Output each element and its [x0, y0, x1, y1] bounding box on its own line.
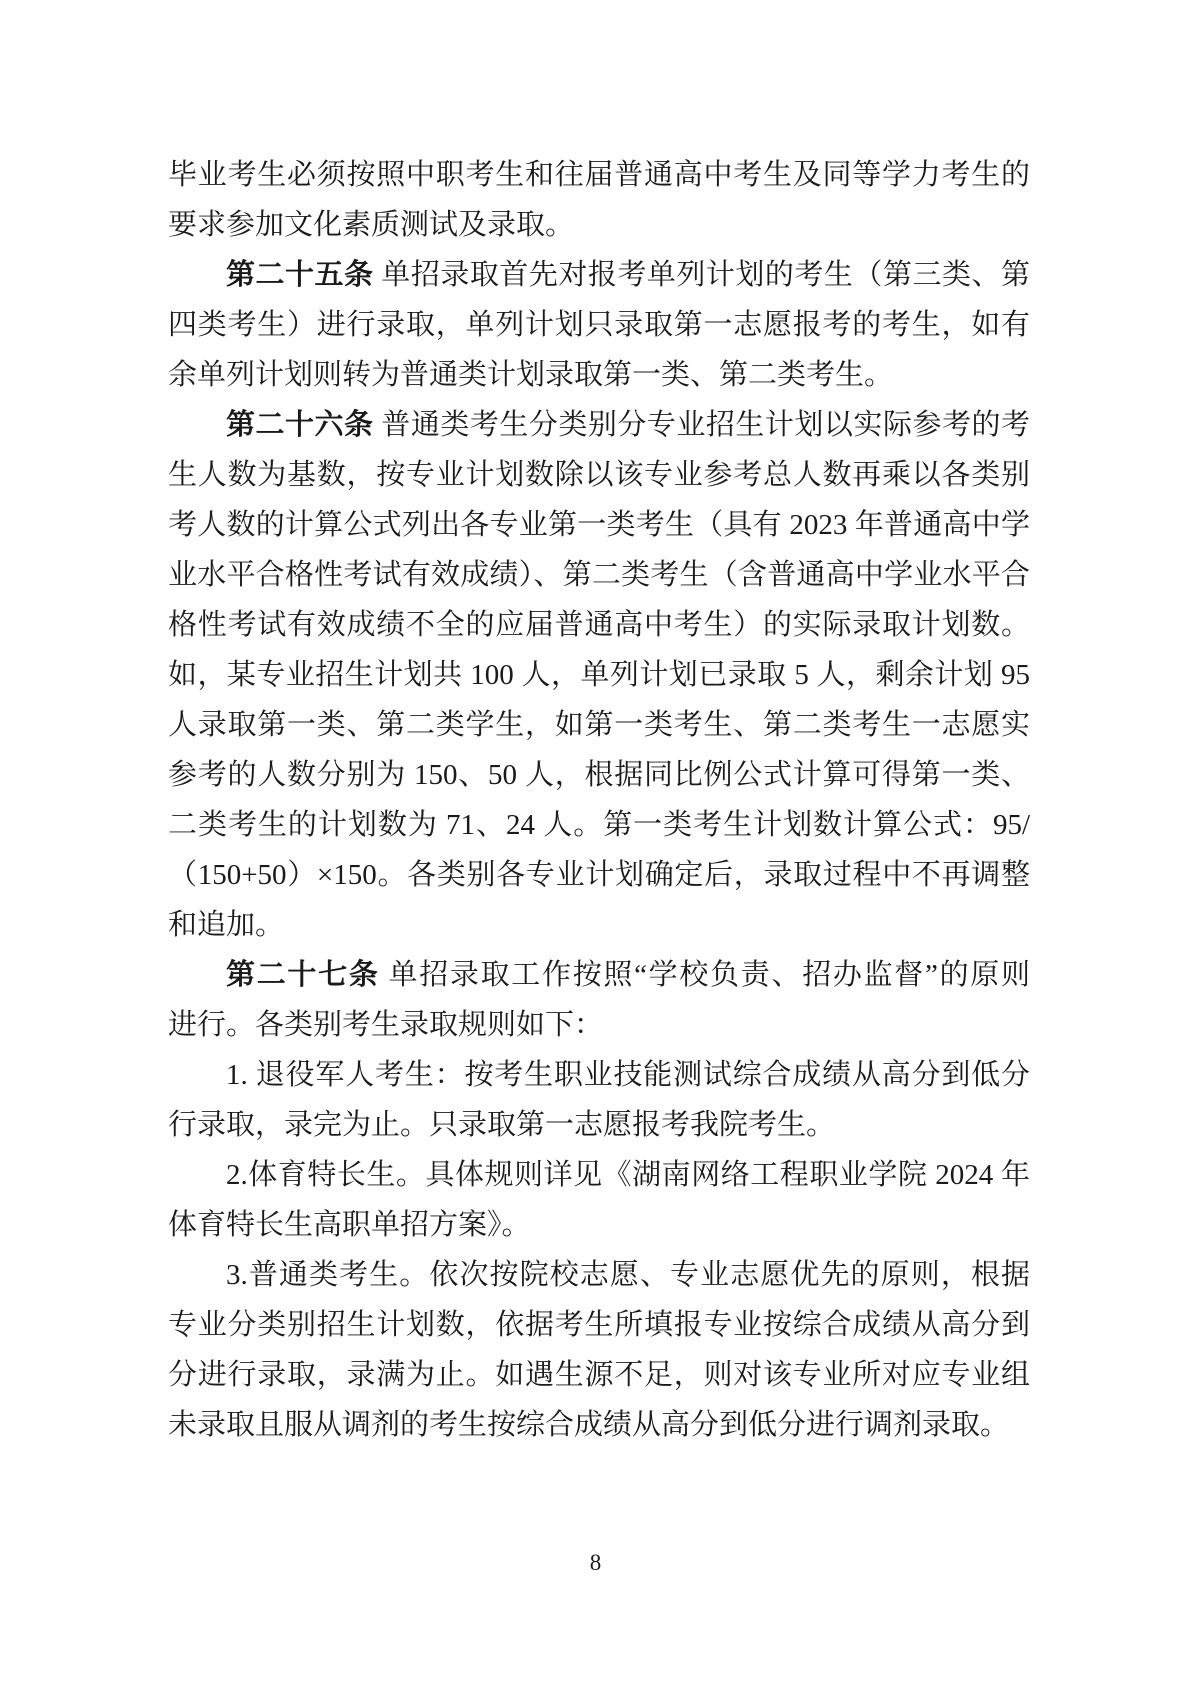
text-line: 业水平合格性考试有效成绩）、第二类考生（含普通高中学业水平合 — [168, 550, 1030, 600]
text-line: 生人数为基数，按专业计划数除以该专业参考总人数再乘以各类别参 — [168, 450, 1030, 500]
text-line: 参考的人数分别为 150、50 人，根据同比例公式计算可得第一类、第 — [168, 750, 1030, 800]
text-line: 和追加。 — [168, 900, 1030, 950]
text-segment: 进行。各类别考生录取规则如下： — [168, 1009, 603, 1041]
text-line: （150+50）×150。各类别各专业计划确定后，录取过程中不再调整 — [168, 850, 1030, 900]
text-segment: 普通类考生分类别分专业招生计划以实际参考的考 — [374, 409, 1030, 441]
text-segment: 二类考生的计划数为 71、24 人。第一类考生计划数计算公式：95/ — [168, 809, 1030, 841]
text-line: 行录取，录完为止。只录取第一志愿报考我院考生。 — [168, 1100, 1030, 1150]
text-line: 考人数的计算公式列出各专业第一类考生（具有 2023 年普通高中学 — [168, 500, 1030, 550]
text-line: 余单列计划则转为普通类计划录取第一类、第二类考生。 — [168, 350, 1030, 400]
text-segment: 考人数的计算公式列出各专业第一类考生（具有 2023 年普通高中学 — [168, 509, 1030, 541]
text-segment: 参考的人数分别为 150、50 人，根据同比例公式计算可得第一类、第 — [168, 759, 1030, 800]
text-segment: 行录取，录完为止。只录取第一志愿报考我院考生。 — [168, 1109, 835, 1141]
text-line: 进行。各类别考生录取规则如下： — [168, 1000, 1030, 1050]
text-segment: 未录取且服从调剂的考生按综合成绩从高分到低分进行调剂录取。 — [168, 1409, 1009, 1441]
text-line: 二类考生的计划数为 71、24 人。第一类考生计划数计算公式：95/ — [168, 800, 1030, 850]
article-heading: 第二十五条 — [226, 259, 374, 291]
text-line: 3.普通类考生。依次按院校志愿、专业志愿优先的原则，根据各 — [168, 1250, 1030, 1300]
text-segment: 四类考生）进行录取，单列计划只录取第一志愿报考的考生，如有剩 — [168, 309, 1030, 350]
text-segment: 2.体育特长生。具体规则详见《湖南网络工程职业学院 2024 年 — [226, 1159, 1030, 1191]
text-segment: 格性考试有效成绩不全的应届普通高中考生）的实际录取计划数。例 — [168, 609, 1030, 650]
article-heading: 第二十六条 — [226, 409, 374, 441]
text-segment: 和追加。 — [168, 909, 284, 941]
text-segment: 体育特长生高职单招方案》。 — [168, 1209, 531, 1241]
text-line: 未录取且服从调剂的考生按综合成绩从高分到低分进行调剂录取。 — [168, 1400, 1030, 1450]
text-segment: 人录取第一类、第二类学生，如第一类考生、第二类考生一志愿实际 — [168, 709, 1030, 750]
text-line: 要求参加文化素质测试及录取。 — [168, 200, 1030, 250]
text-segment: （150+50）×150。各类别各专业计划确定后，录取过程中不再调整 — [168, 859, 1030, 891]
text-line: 人录取第一类、第二类学生，如第一类考生、第二类考生一志愿实际 — [168, 700, 1030, 750]
text-segment: 专业分类别招生计划数，依据考生所填报专业按综合成绩从高分到低 — [168, 1309, 1030, 1350]
text-line: 第二十六条 普通类考生分类别分专业招生计划以实际参考的考 — [168, 400, 1030, 450]
text-line: 如，某专业招生计划共 100 人，单列计划已录取 5 人，剩余计划 95 — [168, 650, 1030, 700]
text-segment: 要求参加文化素质测试及录取。 — [168, 209, 574, 241]
article-heading: 第二十七条 — [226, 959, 380, 991]
text-line: 分进行录取，录满为止。如遇生源不足，则对该专业所对应专业组内 — [168, 1350, 1030, 1400]
text-line: 2.体育特长生。具体规则详见《湖南网络工程职业学院 2024 年 — [168, 1150, 1030, 1200]
text-line: 格性考试有效成绩不全的应届普通高中考生）的实际录取计划数。例 — [168, 600, 1030, 650]
text-segment: 毕业考生必须按照中职考生和往届普通高中考生及同等学力考生的 — [168, 159, 1030, 191]
document-page: 毕业考生必须按照中职考生和往届普通高中考生及同等学力考生的要求参加文化素质测试及… — [0, 0, 1191, 1684]
text-line: 四类考生）进行录取，单列计划只录取第一志愿报考的考生，如有剩 — [168, 300, 1030, 350]
text-segment: 3.普通类考生。依次按院校志愿、专业志愿优先的原则，根据各 — [226, 1259, 1030, 1300]
text-line: 第二十七条 单招录取工作按照“学校负责、招办监督”的原则 — [168, 950, 1030, 1000]
text-segment: 生人数为基数，按专业计划数除以该专业参考总人数再乘以各类别参 — [168, 459, 1030, 500]
page-number: 8 — [0, 1548, 1191, 1578]
text-line: 1. 退役军人考生：按考生职业技能测试综合成绩从高分到低分进 — [168, 1050, 1030, 1100]
text-segment: 单招录取首先对报考单列计划的考生（第三类、第 — [374, 259, 1030, 291]
text-segment: 1. 退役军人考生：按考生职业技能测试综合成绩从高分到低分进 — [226, 1059, 1030, 1100]
text-segment: 业水平合格性考试有效成绩）、第二类考生（含普通高中学业水平合 — [168, 559, 1030, 591]
text-segment: 如，某专业招生计划共 100 人，单列计划已录取 5 人，剩余计划 95 — [168, 659, 1030, 691]
text-line: 体育特长生高职单招方案》。 — [168, 1200, 1030, 1250]
text-segment: 单招录取工作按照“学校负责、招办监督”的原则 — [380, 959, 1030, 991]
text-line: 专业分类别招生计划数，依据考生所填报专业按综合成绩从高分到低 — [168, 1300, 1030, 1350]
text-segment: 余单列计划则转为普通类计划录取第一类、第二类考生。 — [168, 359, 893, 391]
text-segment: 分进行录取，录满为止。如遇生源不足，则对该专业所对应专业组内 — [168, 1359, 1030, 1400]
body-text: 毕业考生必须按照中职考生和往届普通高中考生及同等学力考生的要求参加文化素质测试及… — [168, 150, 1030, 1450]
text-line: 毕业考生必须按照中职考生和往届普通高中考生及同等学力考生的 — [168, 150, 1030, 200]
text-line: 第二十五条 单招录取首先对报考单列计划的考生（第三类、第 — [168, 250, 1030, 300]
